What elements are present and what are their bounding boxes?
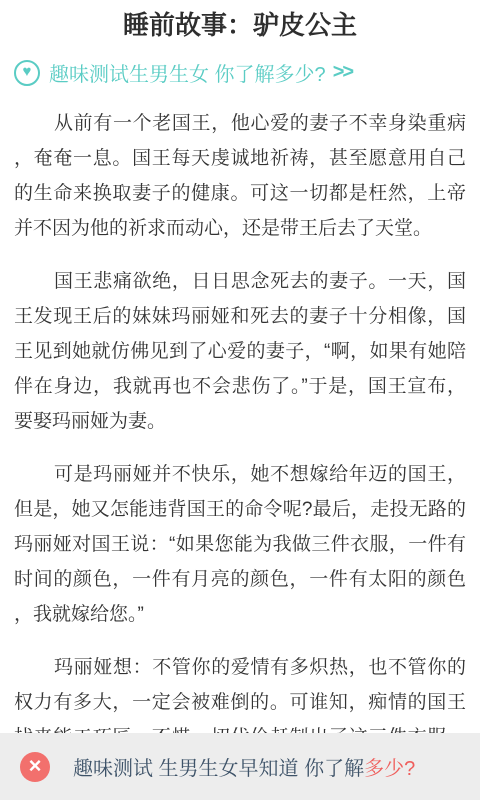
heart-circle-icon: ♥ bbox=[14, 60, 40, 86]
close-banner-button[interactable]: × bbox=[20, 752, 50, 782]
promo-bottom-banner[interactable]: × 趣味测试 生男生女早知道 你了解多少? bbox=[0, 733, 480, 800]
story-paragraph: 可是玛丽娅并不快乐，她不想嫁给年迈的国王，但是，她又怎能违背国王的命令呢?最后，… bbox=[14, 457, 466, 632]
banner-text-highlight: 多少? bbox=[364, 758, 415, 780]
promo-link-label: 趣味测试生男生女 你了解多少? bbox=[49, 58, 326, 87]
heart-icon: ♥ bbox=[23, 64, 32, 79]
promo-link[interactable]: ♥ 趣味测试生男生女 你了解多少? >> bbox=[14, 58, 466, 87]
story-paragraph: 国王悲痛欲绝，日日思念死去的妻子。一天，国王发现王后的妹妹玛丽娅和死去的妻子十分… bbox=[14, 264, 466, 439]
story-body: 从前有一个老国王，他心爱的妻子不幸身染重病，奄奄一息。国王每天虔诚地祈祷，甚至愿… bbox=[14, 106, 466, 790]
story-content: 睡前故事：驴皮公主 ♥ 趣味测试生男生女 你了解多少? >> 从前有一个老国王，… bbox=[0, 8, 480, 790]
banner-text: 趣味测试 生男生女早知道 你了解多少? bbox=[73, 752, 415, 781]
close-icon: × bbox=[29, 755, 42, 777]
page-title: 睡前故事：驴皮公主 bbox=[14, 8, 466, 42]
story-page: 睡前故事：驴皮公主 ♥ 趣味测试生男生女 你了解多少? >> 从前有一个老国王，… bbox=[0, 0, 480, 800]
story-paragraph: 从前有一个老国王，他心爱的妻子不幸身染重病，奄奄一息。国王每天虔诚地祈祷，甚至愿… bbox=[14, 106, 466, 246]
banner-text-main: 趣味测试 生男生女早知道 你了解 bbox=[73, 758, 364, 780]
double-chevron-right-icon: >> bbox=[333, 61, 352, 84]
